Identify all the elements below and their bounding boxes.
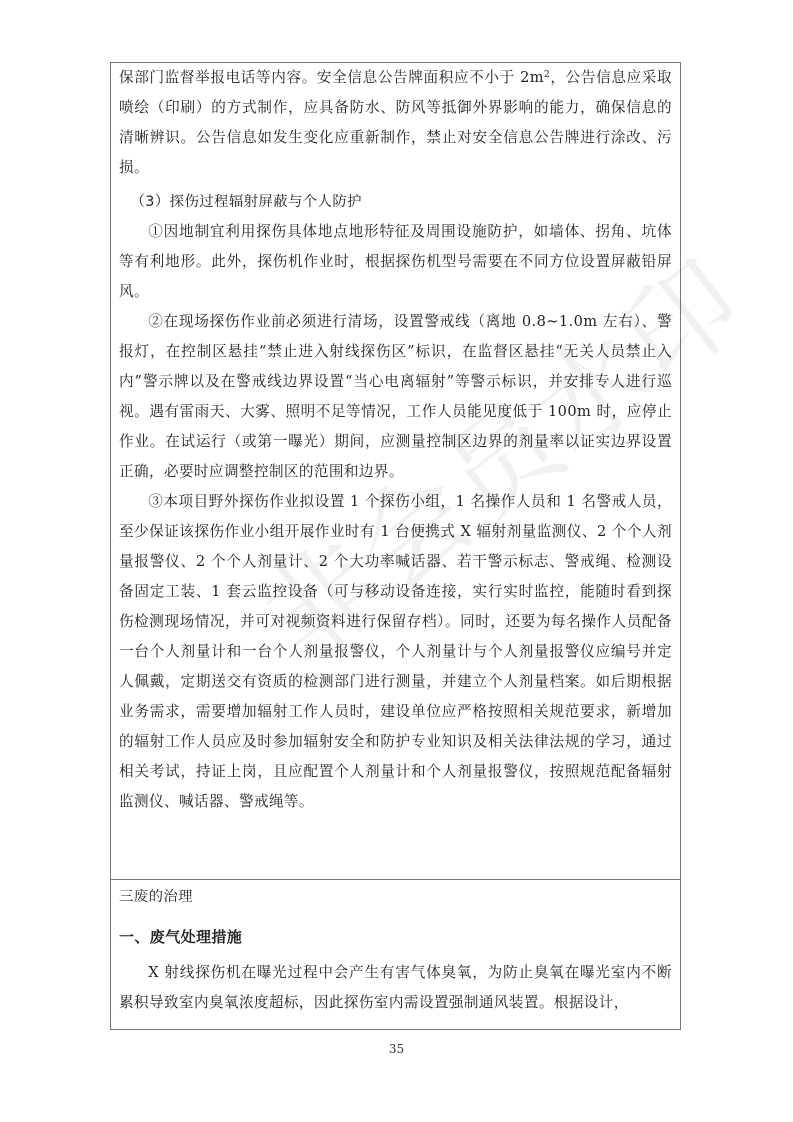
paragraph-bulletin-board: 保部门监督举报电话等内容。安全信息公告牌面积应不小于 2m2，公告信息应采取喷绘… xyxy=(119,63,672,183)
exhaust-heading: 一、废气处理措施 xyxy=(119,922,672,952)
report-table: 保部门监督举报电话等内容。安全信息公告牌面积应不小于 2m2，公告信息应采取喷绘… xyxy=(110,62,681,1030)
paragraph-item-3: ③本项目野外探伤作业拟设置 1 个探伤小组，1 名操作人员和 1 名警戒人员，至… xyxy=(119,487,672,817)
text: 保部门监督举报电话等内容。安全信息公告牌面积应不小于 2m xyxy=(119,69,544,86)
superscript: 2 xyxy=(544,70,550,80)
page-number: 35 xyxy=(0,1042,793,1056)
table-cell-protection: 保部门监督举报电话等内容。安全信息公告牌面积应不小于 2m2，公告信息应采取喷绘… xyxy=(111,63,680,879)
table-cell-waste: 三废的治理 一、废气处理措施 X 射线探伤机在曝光过程中会产生有害气体臭氧，为防… xyxy=(111,879,680,1029)
section-heading: （3）探伤过程辐射屏蔽与个人防护 xyxy=(119,187,672,217)
paragraph-item-2: ②在现场探伤作业前必须进行清场，设置警戒线（离地 0.8~1.0m 左右）、警报… xyxy=(119,307,672,487)
paragraph-item-1: ①因地制宜利用探伤具体地点地形特征及周围设施防护，如墙体、拐角、坑体等有利地形。… xyxy=(119,217,672,307)
waste-title: 三废的治理 xyxy=(119,882,672,912)
paragraph-exhaust: X 射线探伤机在曝光过程中会产生有害气体臭氧，为防止臭氧在曝光室内不断累积导致室… xyxy=(119,958,672,1018)
